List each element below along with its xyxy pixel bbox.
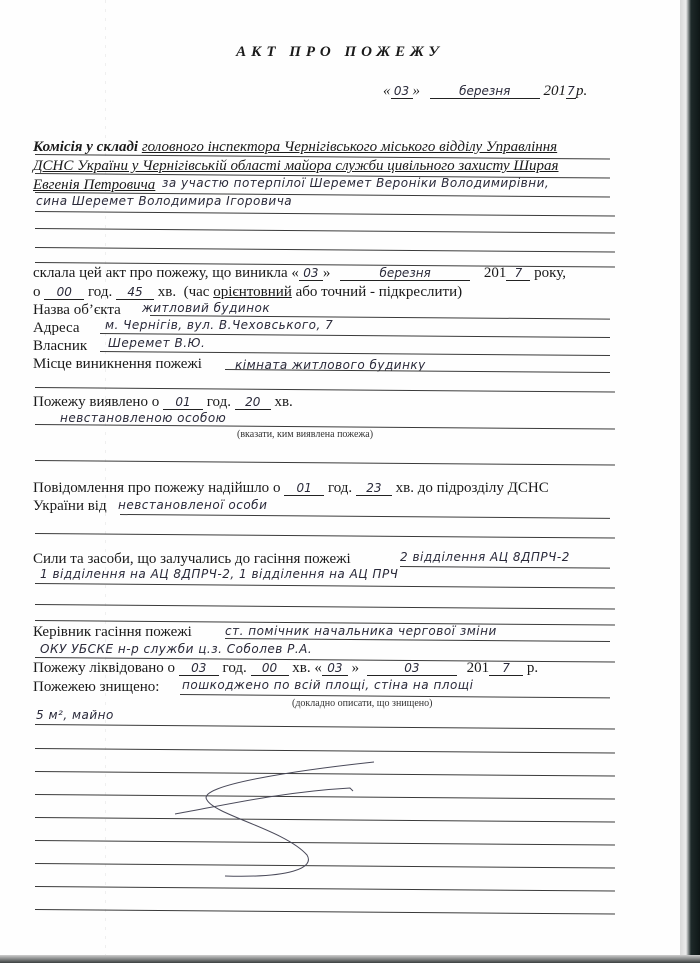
scan-edge-right bbox=[680, 0, 700, 963]
scan-edge-bottom bbox=[0, 955, 700, 963]
document-page: АКТ ПРО ПОЖЕЖУ «03» березня 2017р. Коміс… bbox=[0, 0, 680, 955]
signature bbox=[0, 0, 680, 955]
